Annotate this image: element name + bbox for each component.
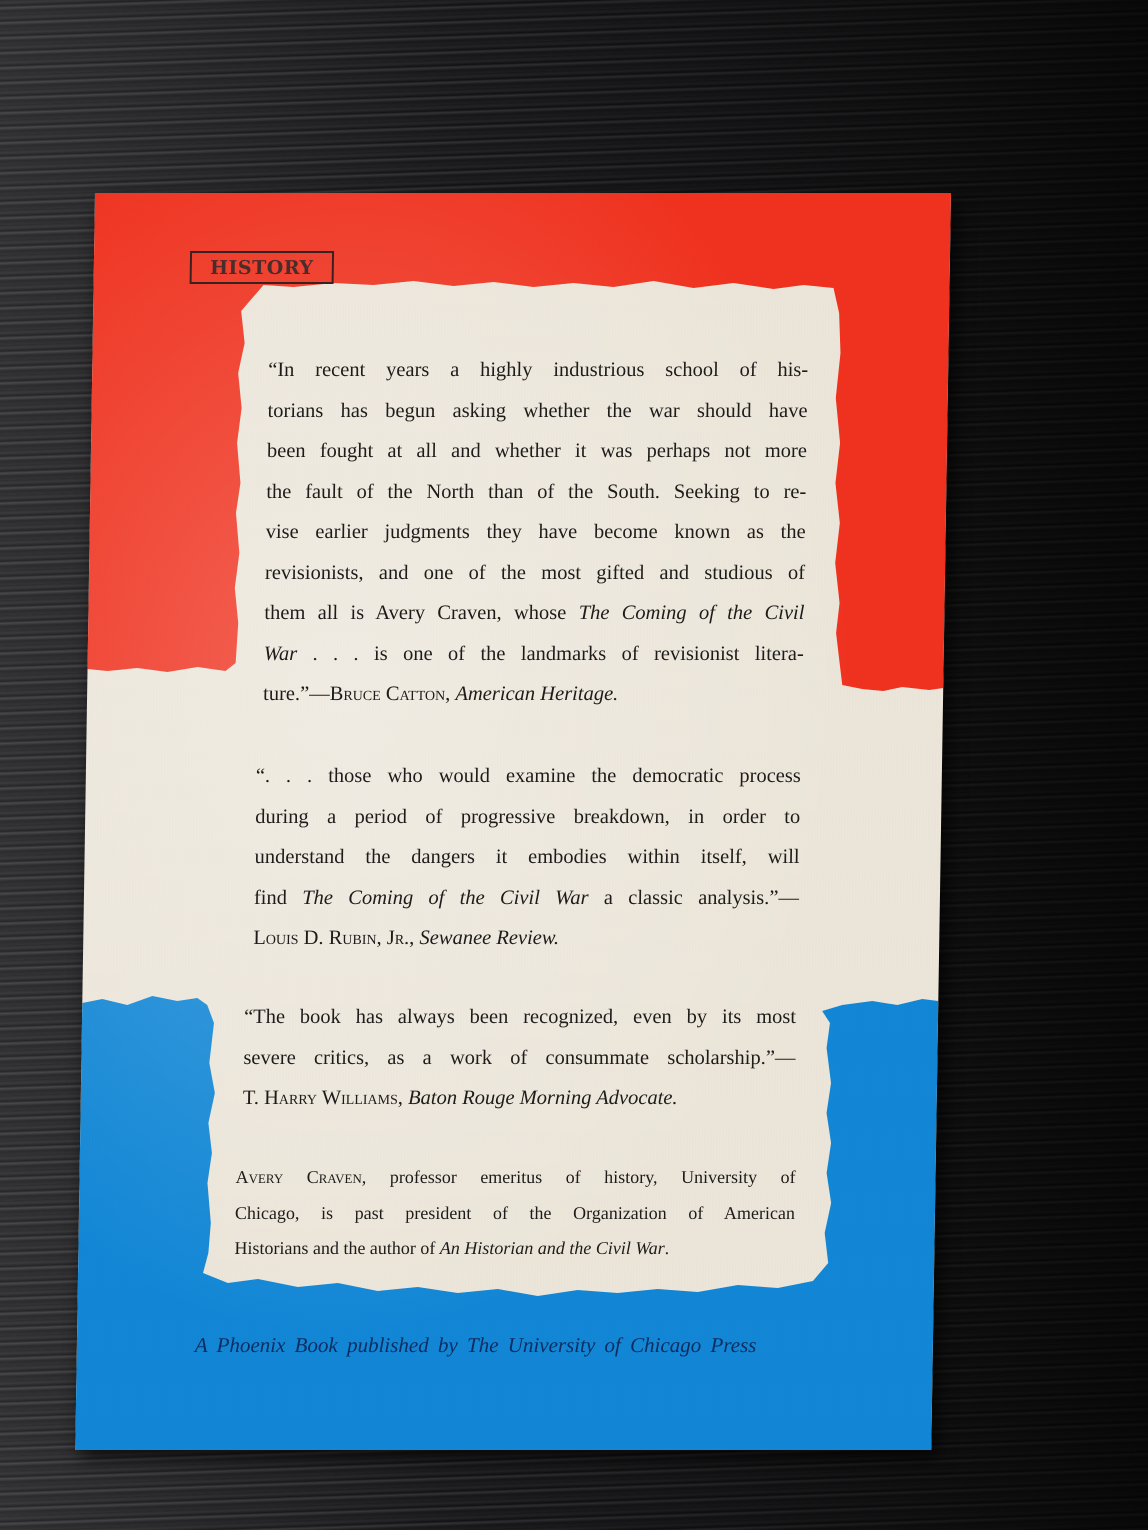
author-name: Avery Craven [235, 1167, 362, 1187]
quote-line: revisionists, and one of the most gifted… [265, 553, 806, 594]
bio-line: Chicago, is past president of the Organi… [235, 1196, 796, 1232]
bio-line: Historians and the author of An Historia… [234, 1231, 795, 1267]
bio-text: Historians and the author of [234, 1238, 440, 1258]
book-title: An Historian and the Civil War [440, 1238, 665, 1258]
bio-text: , professor emeritus of history, Univers… [362, 1167, 796, 1187]
quote-text: ture.”— [263, 683, 330, 705]
quote-text: T. [243, 1087, 265, 1109]
author-bio: Avery Craven, professor emeritus of hist… [234, 1160, 796, 1267]
quote-catton: “In recent years a highly industrious sc… [263, 350, 809, 715]
book-title: The Coming of the Civil War [302, 887, 589, 909]
quote-text: a classic analysis.”— [588, 887, 799, 909]
quote-line: “. . . those who would examine the democ… [256, 756, 802, 797]
quote-line: find The Coming of the Civil War a class… [254, 878, 800, 919]
attribution-source: Sewanee Review. [419, 927, 559, 949]
quote-line: “In recent years a highly industrious sc… [268, 350, 809, 391]
attribution-name: Harry Williams [264, 1087, 398, 1109]
quote-line: Louis D. Rubin, Jr., Sewanee Review. [253, 918, 799, 959]
attribution-source: Baton Rouge Morning Advocate. [408, 1087, 678, 1109]
quote-line: understand the dangers it embodies withi… [254, 837, 800, 878]
quote-line: during a period of progressive breakdown… [255, 797, 801, 838]
attribution-source: American Heritage. [455, 683, 618, 705]
quote-line: vise earlier judgments they have become … [265, 512, 806, 553]
quote-line: them all is Avery Craven, whose The Comi… [264, 593, 805, 634]
publisher-line: A Phoenix Book published by The Universi… [195, 1333, 835, 1358]
quote-line: ture.”—Bruce Catton, American Heritage. [263, 674, 804, 715]
attribution-name: Louis D. Rubin, Jr. [253, 927, 409, 949]
book-title: The Coming of the Civil [578, 602, 804, 624]
quote-line: T. Harry Williams, Baton Rouge Morning A… [242, 1078, 795, 1119]
bio-line: Avery Craven, professor emeritus of hist… [235, 1160, 796, 1196]
quote-text: them all is Avery Craven, whose [264, 602, 579, 624]
quote-line: the fault of the North than of the South… [266, 472, 807, 513]
category-label: HISTORY [190, 251, 335, 284]
quote-line: torians has begun asking whether the war… [267, 391, 808, 432]
bio-text: . [665, 1238, 670, 1258]
quote-line: been fought at all and whether it was pe… [267, 431, 808, 472]
quote-line: War . . . is one of the landmarks of rev… [263, 634, 804, 675]
quote-line: severe critics, as a work of consummate … [243, 1038, 796, 1079]
quote-williams: “The book has always been recognized, ev… [242, 997, 796, 1119]
quote-line: “The book has always been recognized, ev… [244, 997, 797, 1038]
book-title: War [264, 643, 298, 665]
quote-rubin: “. . . those who would examine the democ… [253, 756, 801, 959]
quote-text: . . . is one of the landmarks of revisio… [297, 643, 804, 665]
quote-text: find [254, 887, 303, 909]
book-back-cover: HISTORY “In recent years a highly indust… [75, 193, 951, 1450]
attribution-name: Bruce Catton [330, 683, 446, 705]
